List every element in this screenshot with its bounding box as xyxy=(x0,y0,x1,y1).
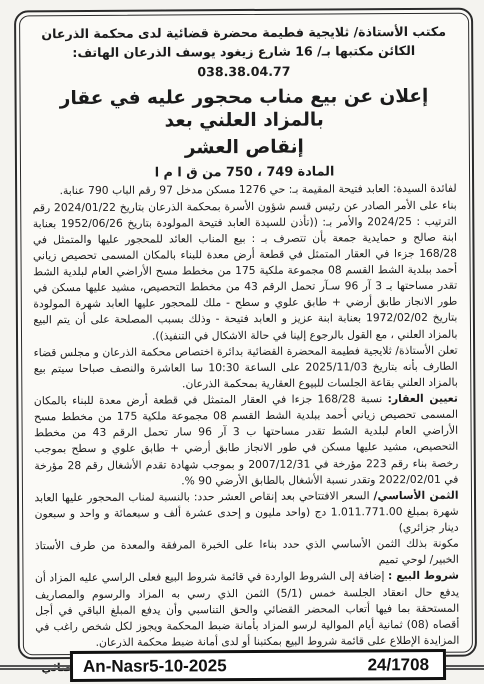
paragraph-court-order: بناء على الأمر الصادر عن رئيس قسم شؤون ا… xyxy=(33,197,458,345)
bailiff-office-line: مكتب الأستاذة/ ثلايجية فطيمة محضرة قضائي… xyxy=(32,21,456,43)
scan-artifact-left xyxy=(0,665,70,670)
paragraph-beneficiary: لفائدة السيدة: العابد فتيحة المقيمة بـ: … xyxy=(33,181,457,200)
paragraph-sale-conditions: شروط البيع : إضافة إلى الشروط الواردة في… xyxy=(35,568,459,651)
announcement-body: لفائدة السيدة: العابد فتيحة المقيمة بـ: … xyxy=(33,181,460,651)
clipping-inner-frame: مكتب الأستاذة/ ثلايجية فطيمة محضرة قضائي… xyxy=(19,12,473,655)
paragraph-expert-report: مكونة بذلك الثمن الأساسي الذي حدد بناءا … xyxy=(35,536,459,571)
paragraph-property-designation: تعيين العقار: نسبة 168/28 جزءا في العقار… xyxy=(34,391,459,490)
publication-name-date: An-Nasr5-10-2025 xyxy=(83,656,227,677)
scanned-legal-notice-page: مكتب الأستاذة/ ثلايجية فطيمة محضرة قضائي… xyxy=(0,0,484,684)
article-reference: المادة 749 ، 750 من ق ا م ا xyxy=(32,164,456,182)
notice-title-line2: إنقاص العشر xyxy=(32,135,456,161)
paragraph-auction-announcement: تعلن الأستاذة/ ثلايجية فطيمة المحضرة الق… xyxy=(34,342,458,393)
clipping-frame: مكتب الأستاذة/ ثلايجية فطيمة محضرة قضائي… xyxy=(14,8,477,660)
scan-artifact-right xyxy=(444,665,484,670)
paragraph-base-price: الثمن الأساسي/ السعر الافتتاحي بعد إنقاص… xyxy=(34,487,458,538)
notice-title-line1: إعلان عن بيع مناب محجور عليه في عقار بال… xyxy=(32,85,456,134)
publication-strip: An-Nasr5-10-2025 24/1708 xyxy=(70,649,446,682)
notice-reference-number: 24/1708 xyxy=(367,655,429,675)
office-header: مكتب الأستاذة/ ثلايجية فطيمة محضرة قضائي… xyxy=(32,21,456,82)
office-address-line: الكائن مكتبها بـ/ 16 شارع زيغود يوسف الذ… xyxy=(32,41,456,83)
